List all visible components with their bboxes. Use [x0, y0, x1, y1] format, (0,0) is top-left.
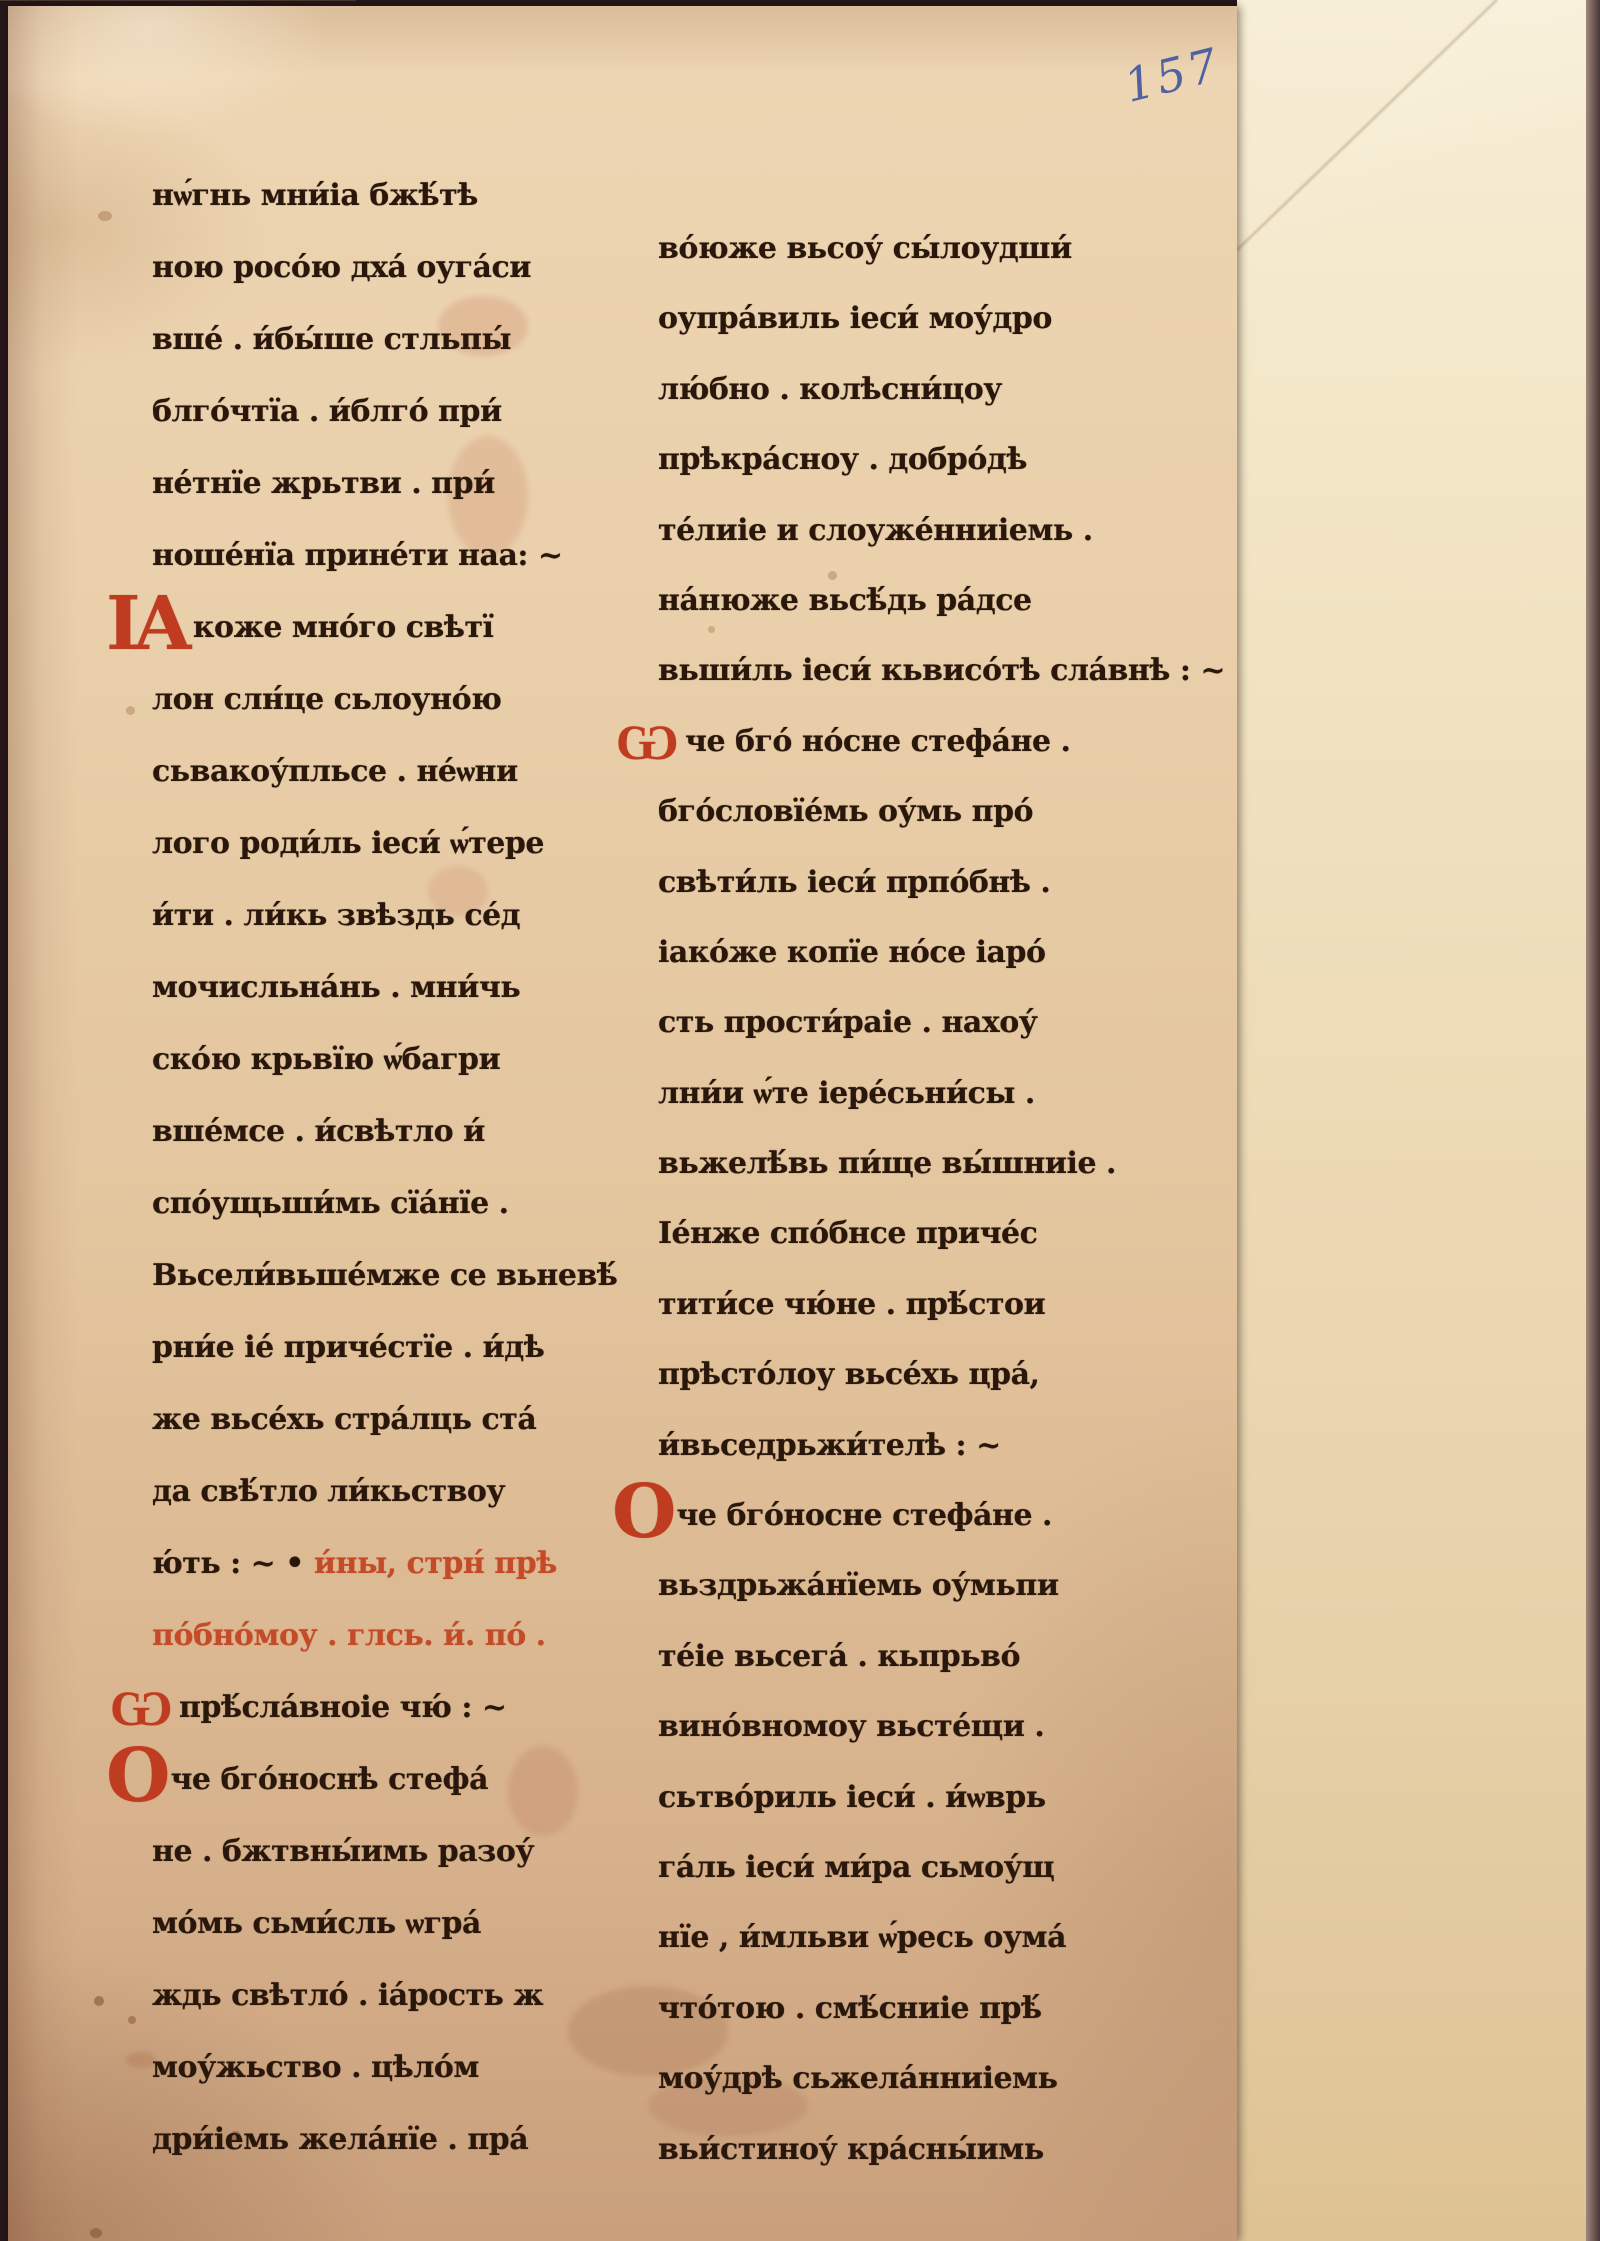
body-text: вьи́стиноу́ кра́сны́имь: [658, 2132, 1044, 2167]
text-line: те́іе вьсега́ . кьпрьво́: [658, 1622, 1225, 1692]
text-line: мочисльна́нь . мни́чь: [152, 952, 617, 1024]
body-text: дри́іемь жела́нїе . пра́: [152, 2122, 528, 2157]
text-line: сьвакоу́пльсе . не́ѡни: [152, 736, 617, 808]
text-line: и́ти . ли́кь звѣздь се́д: [152, 880, 617, 952]
text-line: вино́вномоу вьсте́щи .: [658, 1692, 1225, 1762]
stain: [90, 2228, 102, 2238]
body-text: че бго́ но́сне стефа́не .: [685, 724, 1070, 759]
text-line: ною росо́ю дха́ оуга́си: [152, 232, 617, 304]
text-line: сть прости́раіе . нахоу́: [658, 988, 1225, 1058]
body-text: не́тнїе жрьтви . при́: [152, 466, 495, 501]
text-line: Іе́нже спо́бнсе приче́с: [658, 1199, 1225, 1269]
text-line: сьтво́риль іеси́ . и́ѡврь: [658, 1763, 1225, 1833]
text-line: вьздрьжа́нїемь оу́мьпи: [658, 1551, 1225, 1621]
body-text: вше́ . и́бы́ше стльпы́: [152, 322, 511, 357]
text-line: те́лиіе и слоуже́нниіемь .: [658, 496, 1225, 566]
text-line: вьи́стиноу́ кра́сны́имь: [658, 2115, 1225, 2185]
body-text: да свѣ́тло ли́кьствоу: [152, 1474, 505, 1509]
text-line: вьжелѣ́вь пи́ще вы́шниіе .: [658, 1129, 1225, 1199]
body-text: вино́вномоу вьсте́щи .: [658, 1709, 1044, 1744]
next-leaf-edge: [1237, 0, 1593, 2241]
body-text: вьши́ль іеси́ кьвисо́тѣ сла́внѣ : ~: [658, 653, 1225, 688]
text-column-left: нѡ́гнь мни́іа бжѣ́тѣною росо́ю дха́ оуга…: [152, 160, 617, 2176]
text-line: рни́е іе́ приче́стїе . и́дѣ: [152, 1312, 617, 1384]
body-text: лни́и ѡ́те іере́сьни́сы .: [658, 1076, 1035, 1111]
text-line: Оче бго́носнѣ стефа́: [152, 1744, 617, 1816]
text-line: лого роди́ль іеси́ ѡ́тере: [152, 808, 617, 880]
body-text: іако́же копїе но́се іаро́: [658, 935, 1045, 970]
text-line: же вьсе́хь стра́лць ста́: [152, 1384, 617, 1456]
body-text: мо́мь сьми́сль ѡгра́: [152, 1906, 481, 1941]
body-text: нѡ́гнь мни́іа бжѣ́тѣ: [152, 178, 478, 213]
body-text: те́лиіе и слоуже́нниіемь .: [658, 513, 1093, 548]
text-line: вше́ . и́бы́ше стльпы́: [152, 304, 617, 376]
text-line: свѣти́ль іеси́ прпо́бнѣ .: [658, 848, 1225, 918]
body-text: те́іе вьсега́ . кьпрьво́: [658, 1639, 1020, 1674]
body-text: Іе́нже спо́бнсе приче́с: [658, 1216, 1037, 1251]
body-text: мочисльна́нь . мни́чь: [152, 970, 520, 1005]
stain: [94, 1996, 104, 2006]
text-line: во́юже вьсоу́ сы́лоудши́: [658, 214, 1225, 284]
stain: [128, 2016, 136, 2024]
body-text: же вьсе́хь стра́лць ста́: [152, 1402, 536, 1437]
body-text: не . бжтвны́имь разоу́: [152, 1834, 534, 1869]
text-line: не . бжтвны́имь разоу́: [152, 1816, 617, 1888]
text-line: ноше́нїа прине́ти наа: ~: [152, 520, 617, 592]
body-text: вше́мсе . и́свѣтло и́: [152, 1114, 485, 1149]
body-text: нїе , и́мльви ѡ́ресь оума́: [658, 1920, 1066, 1955]
body-text: тити́се чю́не . прѣ́стои: [658, 1287, 1045, 1322]
text-line: вше́мсе . и́свѣтло и́: [152, 1096, 617, 1168]
text-line: ю́ть : ~ • и́ны, стрн́ прѣ: [152, 1528, 617, 1600]
text-line: Вьсели́вьше́мже се вьневѣ́: [152, 1240, 617, 1312]
body-text: ною росо́ю дха́ оуга́си: [152, 250, 531, 285]
text-line: моу́дрѣ сьжела́нниіемь: [658, 2044, 1225, 2114]
body-text: че бго́носне стефа́не .: [676, 1498, 1052, 1533]
body-text: коже мно́го свѣтї: [193, 610, 494, 645]
text-line: на́нюже вьсѣ́дь ра́дсе: [658, 566, 1225, 636]
text-line: Ѡпрѣ́сла́вноіе чю́ : ~: [152, 1672, 617, 1744]
text-line: лон слн́це сьлоуно́ю: [152, 664, 617, 736]
body-text: лого роди́ль іеси́ ѡ́тере: [152, 826, 544, 861]
body-text: сть прости́раіе . нахоу́: [658, 1005, 1037, 1040]
text-line: іако́же копїе но́се іаро́: [658, 918, 1225, 988]
body-text: ждь свѣтло́ . іа́рость ж: [152, 1978, 543, 2013]
body-text: рни́е іе́ приче́стїе . и́дѣ: [152, 1330, 544, 1365]
body-text: сьтво́риль іеси́ . и́ѡврь: [658, 1780, 1046, 1815]
text-line: ждь свѣтло́ . іа́рость ж: [152, 1960, 617, 2032]
body-text: лю́бно . колѣсни́цоу: [658, 372, 1002, 407]
stain: [98, 211, 112, 221]
body-text: что́тою . смѣ́сниіе прѣ́: [658, 1991, 1042, 2026]
text-line: по́бно́моу . глсь. и́. по́ .: [152, 1600, 617, 1672]
text-line: ІАкоже мно́го свѣтї: [152, 592, 617, 664]
body-text: ноше́нїа прине́ти наа: ~: [152, 538, 563, 573]
body-text: и́ти . ли́кь звѣздь се́д: [152, 898, 520, 933]
body-text: прѣсто́лоу вьсе́хь цра́,: [658, 1357, 1039, 1392]
body-text: вьжелѣ́вь пи́ще вы́шниіе .: [658, 1146, 1116, 1181]
text-line: ско́ю крьвїю ѡ́багри: [152, 1024, 617, 1096]
text-line: дри́іемь жела́нїе . пра́: [152, 2104, 617, 2176]
body-text: лон слн́це сьлоуно́ю: [152, 682, 501, 717]
body-text: ско́ю крьвїю ѡ́багри: [152, 1042, 500, 1077]
text-line: лни́и ѡ́те іере́сьни́сы .: [658, 1059, 1225, 1129]
body-text: че бго́носнѣ стефа́: [170, 1762, 488, 1797]
body-text: на́нюже вьсѣ́дь ра́дсе: [658, 583, 1032, 618]
text-line: нїе , и́мльви ѡ́ресь оума́: [658, 1903, 1225, 1973]
text-line: не́тнїе жрьтви . при́: [152, 448, 617, 520]
text-line: нѡ́гнь мни́іа бжѣ́тѣ: [152, 160, 617, 232]
fold-crease: [0, 0, 356, 1]
rubric-text: по́бно́моу . глсь. и́. по́ .: [152, 1618, 546, 1653]
text-line: и́вьседрьжи́телѣ : ~: [658, 1411, 1225, 1481]
text-line: прѣсто́лоу вьсе́хь цра́,: [658, 1340, 1225, 1410]
stain: [126, 706, 135, 715]
body-text: во́юже вьсоу́ сы́лоудши́: [658, 231, 1072, 266]
binding-strip: [1586, 0, 1600, 2241]
text-line: мо́мь сьми́сль ѡгра́: [152, 1888, 617, 1960]
text-column-right: во́юже вьсоу́ сы́лоудши́оупра́виль іеси́…: [658, 214, 1225, 2185]
body-text: бго́словїе́мь оу́мь про́: [658, 794, 1033, 829]
body-text: оупра́виль іеси́ моу́дро: [658, 301, 1052, 336]
body-text: спо́ущьши́мь сїа́нїе .: [152, 1186, 509, 1221]
body-text: Вьсели́вьше́мже се вьневѣ́: [152, 1258, 617, 1293]
body-text: свѣти́ль іеси́ прпо́бнѣ .: [658, 865, 1050, 900]
text-line: блго́чтїа . и́блго́ при́: [152, 376, 617, 448]
body-text: прѣ́сла́вноіе чю́ : ~: [179, 1690, 506, 1725]
body-text: блго́чтїа . и́блго́ при́: [152, 394, 502, 429]
text-line: Ѡче бго́ но́сне стефа́не .: [658, 707, 1225, 777]
body-text: моу́дрѣ сьжела́нниіемь: [658, 2061, 1057, 2096]
text-line: лю́бно . колѣсни́цоу: [658, 355, 1225, 425]
body-text: и́вьседрьжи́телѣ : ~: [658, 1428, 1001, 1463]
body-text: моу́жьство . цѣло́м: [152, 2050, 479, 2085]
text-line: прѣкра́сноу . добро́дѣ: [658, 425, 1225, 495]
text-line: вьши́ль іеси́ кьвисо́тѣ сла́внѣ : ~: [658, 636, 1225, 706]
body-text: сьвакоу́пльсе . не́ѡни: [152, 754, 518, 789]
text-line: бго́словїе́мь оу́мь про́: [658, 777, 1225, 847]
text-line: тити́се чю́не . прѣ́стои: [658, 1270, 1225, 1340]
text-line: га́ль іеси́ ми́ра сьмоу́щ: [658, 1833, 1225, 1903]
text-line: да свѣ́тло ли́кьствоу: [152, 1456, 617, 1528]
body-text: ю́ть : ~ •: [152, 1546, 304, 1581]
body-text: прѣкра́сноу . добро́дѣ: [658, 442, 1027, 477]
text-line: спо́ущьши́мь сїа́нїе .: [152, 1168, 617, 1240]
body-text: га́ль іеси́ ми́ра сьмоу́щ: [658, 1850, 1054, 1885]
text-line: что́тою . смѣ́сниіе прѣ́: [658, 1974, 1225, 2044]
text-line: Оче бго́носне стефа́не .: [658, 1481, 1225, 1551]
text-line: оупра́виль іеси́ моу́дро: [658, 284, 1225, 354]
rubric-text: и́ны, стрн́ прѣ: [304, 1546, 557, 1581]
body-text: вьздрьжа́нїемь оу́мьпи: [658, 1568, 1059, 1603]
text-line: моу́жьство . цѣло́м: [152, 2032, 617, 2104]
